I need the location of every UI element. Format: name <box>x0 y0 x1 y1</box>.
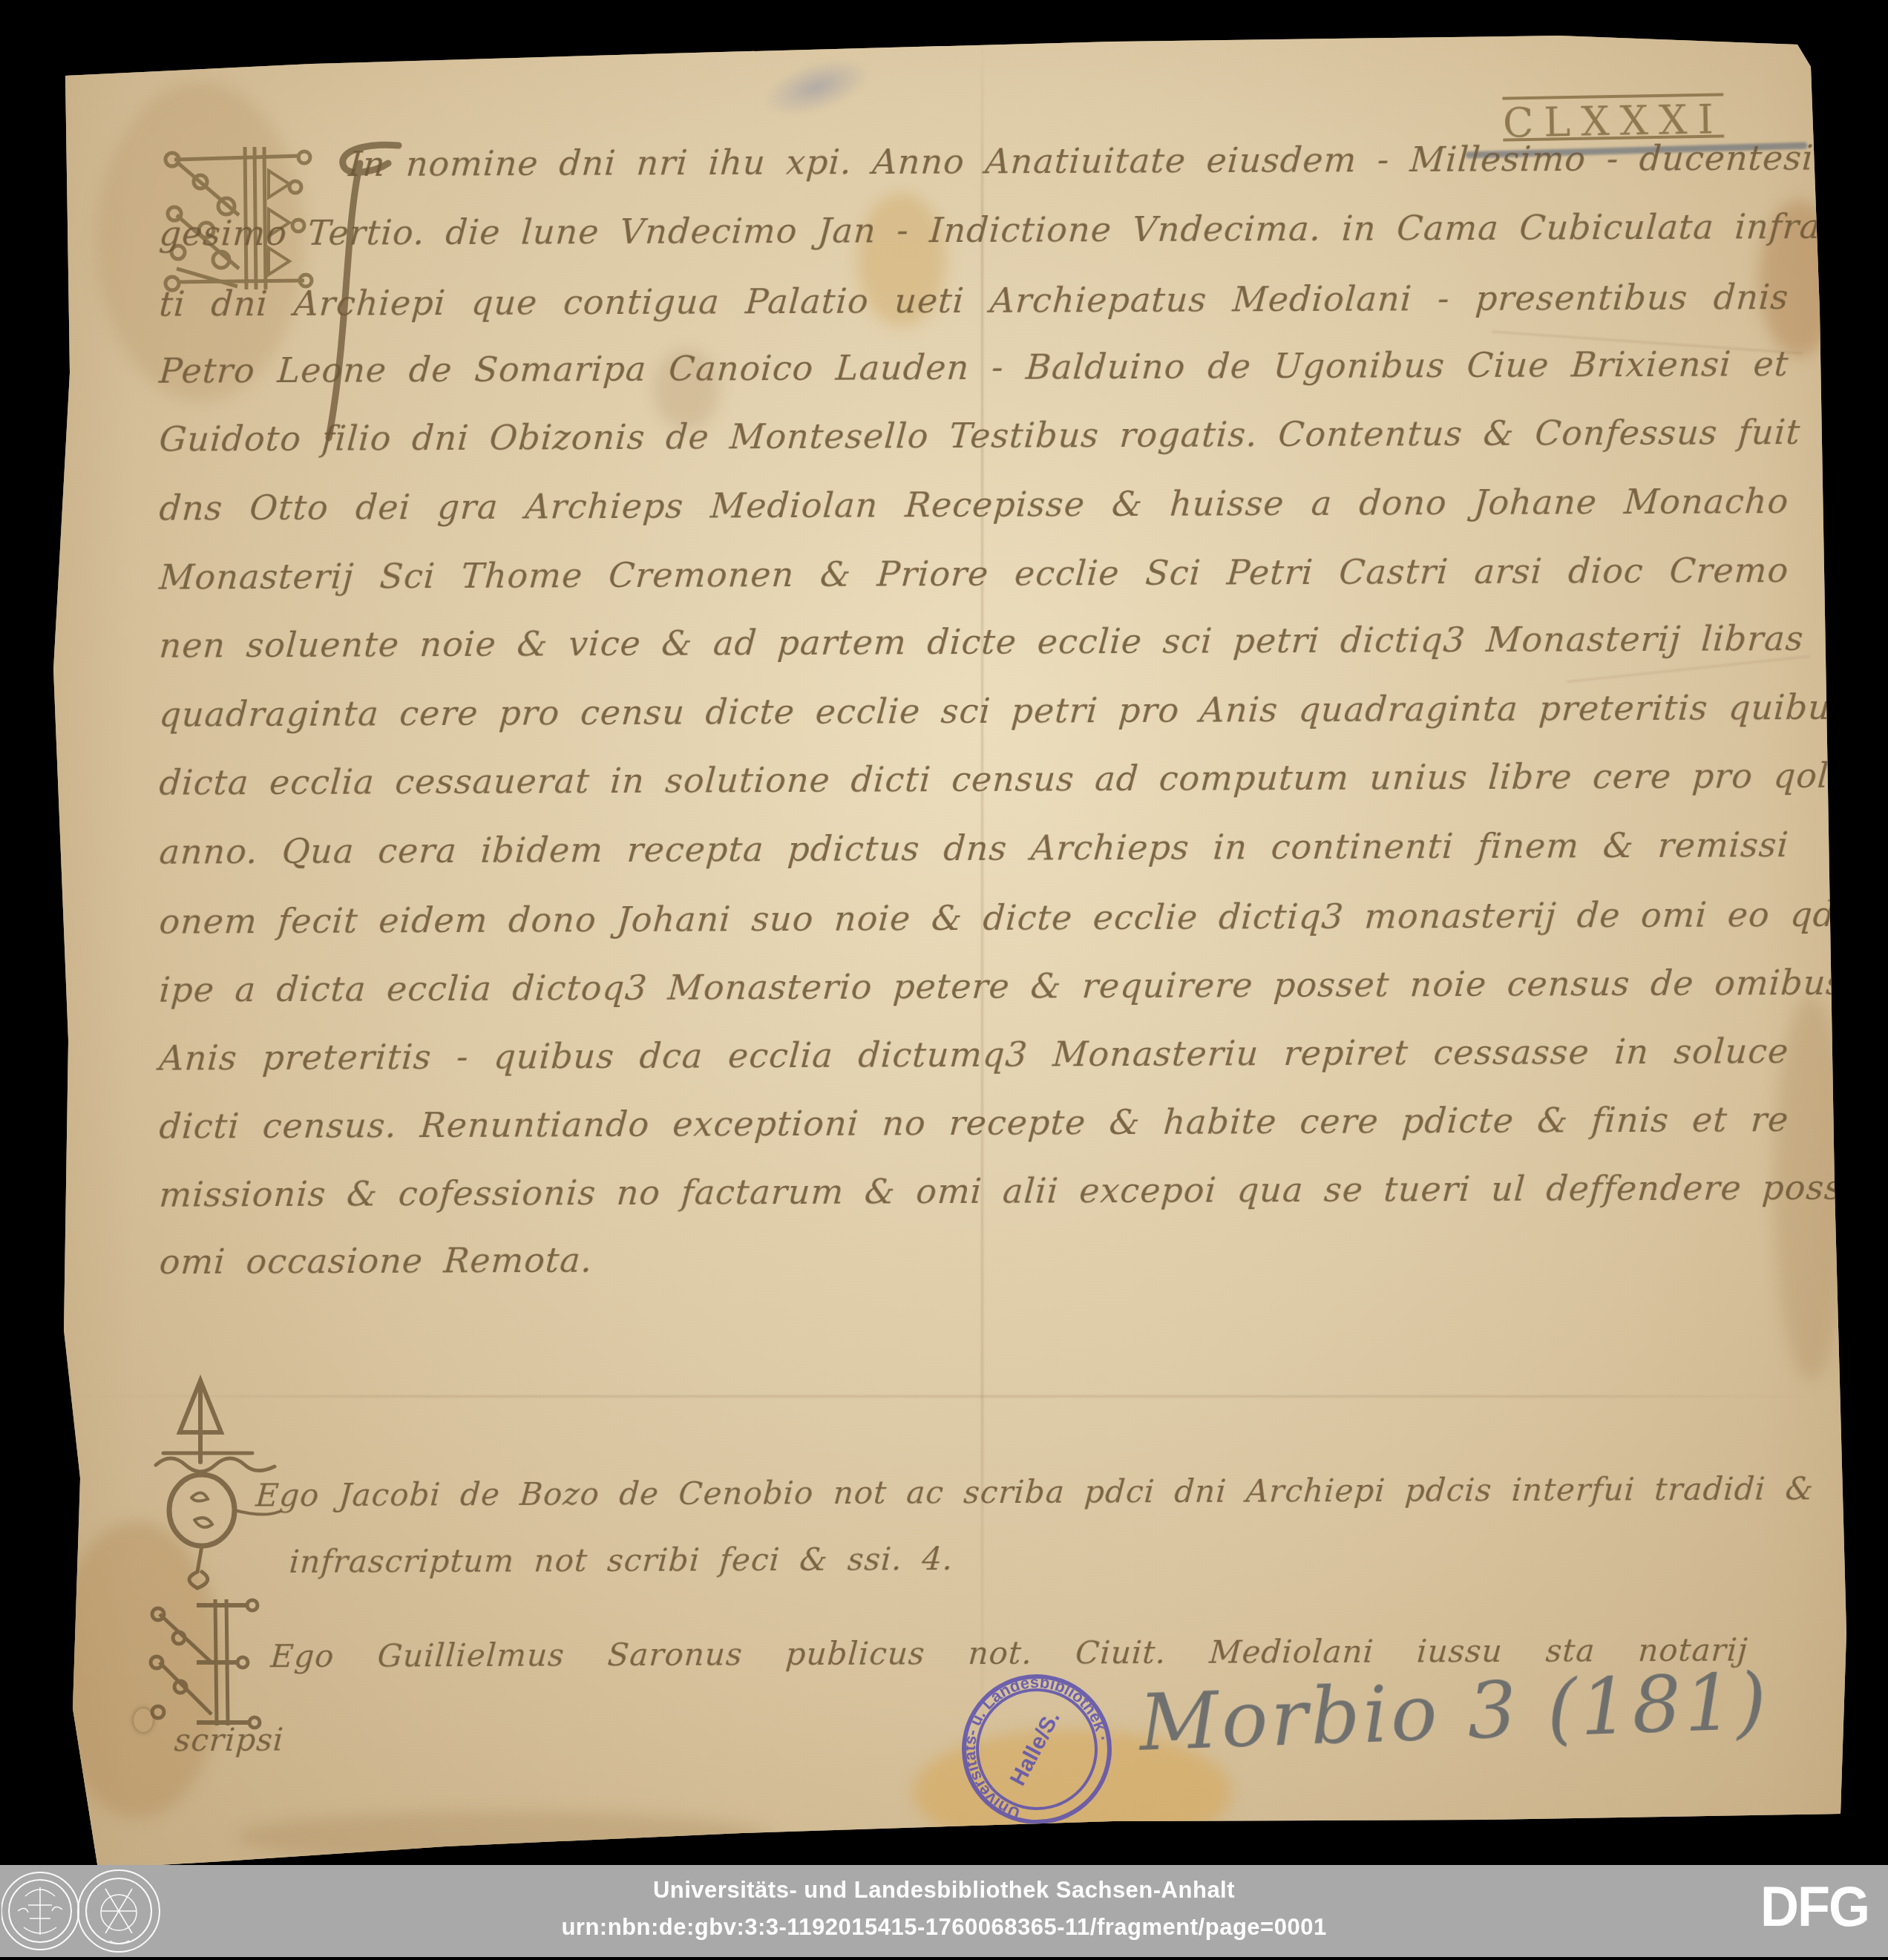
pencil-shelfmark: Morbio 3 (181) <box>1138 1662 1770 1762</box>
manuscript-line: nen soluente noie & vice & ad partem dic… <box>158 620 1790 664</box>
manuscript-line: ipe a dicta ecclia dictoq3 Monasterio pe… <box>158 964 1790 1009</box>
stain <box>237 1811 772 1863</box>
university-seal-icon <box>1 1872 79 1950</box>
footer-bar: Universitäts- und Landesbibliothek Sachs… <box>0 1865 1888 1957</box>
manuscript-line: Guidoto filio dni Obizonis de Montesello… <box>158 413 1790 458</box>
manuscript-line: anno. Qua cera ibidem recepta pdictus dn… <box>158 826 1790 871</box>
manuscript-line: omi occasione Remota. <box>158 1242 594 1281</box>
fold-crease-horizontal <box>74 1395 1811 1397</box>
institution-name: Universitäts- und Landesbibliothek Sachs… <box>653 1877 1235 1904</box>
university-seals <box>1 1866 165 1956</box>
manuscript-line: In nomine dni nri ihu xpi. Anno Anatiuit… <box>347 140 1790 183</box>
manuscript-line: Anis preteritis - quibus dca ecclia dict… <box>158 1032 1790 1077</box>
urn-text: urn:nbn:de:gbv:3:3-1192015415-1760068365… <box>561 1914 1326 1941</box>
manuscript-line: Petro Leone de Somaripa Canoico Lauden -… <box>158 345 1790 390</box>
dfg-logo: DFG <box>1760 1875 1869 1939</box>
manuscript-line: gesimo Tertio. die lune Vndecimo Jan - I… <box>158 208 1790 252</box>
parchment-scan: CLXXXI In nomine dni nri ihu xpi. Anno A… <box>45 30 1849 1870</box>
blue-smudge <box>756 47 877 127</box>
university-seal-icon <box>78 1870 160 1952</box>
manuscript-line: onem fecit eidem dono Johani suo noie & … <box>158 896 1790 940</box>
manuscript-line: missionis & cofessionis no factarum & om… <box>158 1169 1790 1213</box>
notary-signature-line: scripsi <box>173 1723 285 1758</box>
stamp-center-text: Halle/S. <box>1006 1707 1065 1789</box>
manuscript-line: dicti census. Renuntiando exceptioni no … <box>158 1101 1790 1145</box>
manuscript-line: Monasterij Sci Thome Cremonen & Priore e… <box>158 551 1790 596</box>
manuscript-line: ti dni Archiepi que contigua Palatio uet… <box>158 278 1790 323</box>
manuscript-line: dicta ecclia cessauerat in solutione dic… <box>158 757 1790 802</box>
notary-signature-line: infrascriptum not scribi feci & ssi. 4. <box>288 1542 954 1579</box>
notary-signature-line: Ego Jacobi de Bozo de Cenobio not ac scr… <box>255 1472 1801 1512</box>
scan-page: { "document": { "folio_number": "CLXXXI"… <box>0 0 1888 1960</box>
manuscript-line: quadraginta cere pro censu dicte ecclie … <box>158 689 1790 733</box>
decorative-initial-icon <box>145 1592 278 1733</box>
manuscript-line: dns Otto dei gra Archieps Mediolan Recep… <box>158 482 1790 527</box>
wrinkle <box>1567 655 1811 683</box>
